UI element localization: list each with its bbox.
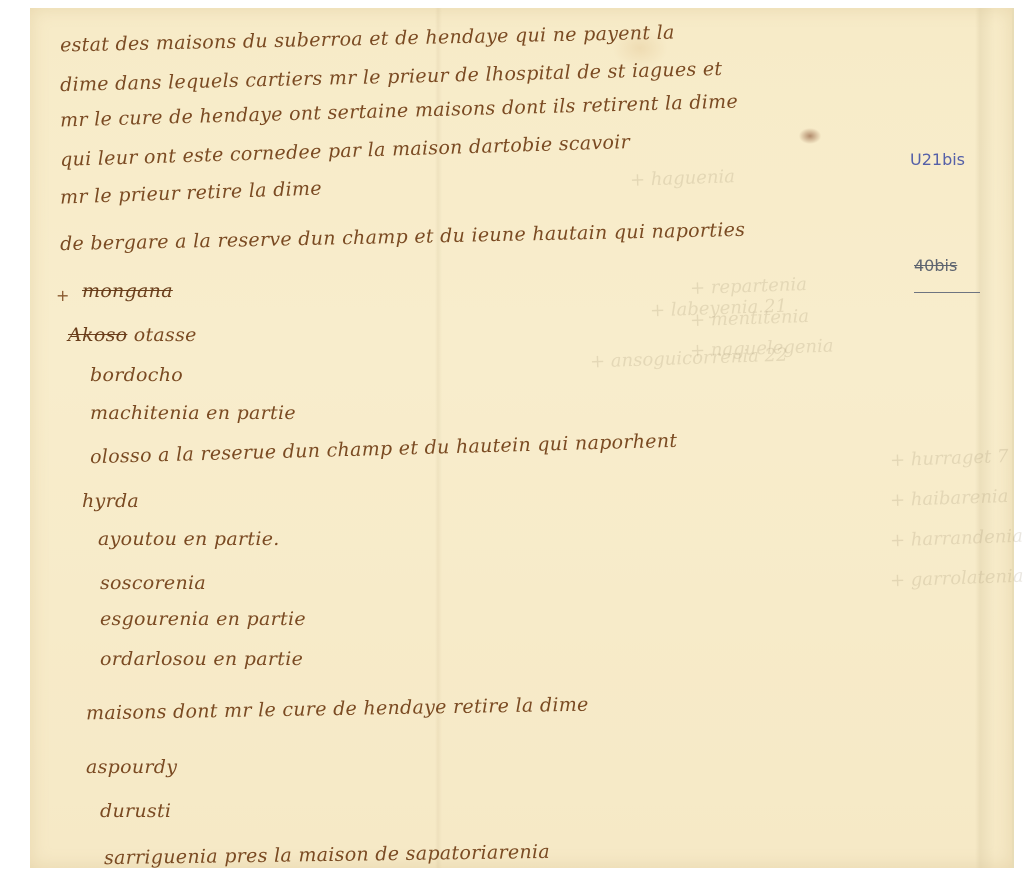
manuscript-line-10: olosso a la reserue dun champ et du haut…: [90, 430, 678, 468]
archive-mark-blue: U21bis: [910, 150, 965, 169]
manuscript-line-16: maisons dont mr le cure de hendaye retir…: [86, 694, 589, 725]
bleed-through-line: + hurraget 7: [890, 446, 1009, 471]
manuscript-line-1: estat des maisons du suberroa et de hend…: [60, 22, 675, 57]
manuscript-line-4: qui leur ont este cornedee par la maison…: [60, 131, 630, 171]
line-word: otasse: [134, 324, 197, 346]
struck-word: Akoso: [68, 324, 127, 346]
bleed-through-line: + haguenia: [630, 166, 736, 191]
manuscript-line-14: esgourenia en partie: [100, 608, 306, 630]
manuscript-line-17: aspourdy: [86, 756, 177, 778]
manuscript-line-3: mr le cure de hendaye ont sertaine maiso…: [60, 91, 738, 132]
archive-mark-underline: [914, 292, 980, 293]
manuscript-line-6: de bergare a la reserve dun champ et du …: [60, 219, 746, 255]
manuscript-line-9: machitenia en partie: [90, 402, 296, 424]
manuscript-line-5: mr le prieur retire la dime: [60, 177, 322, 208]
manuscript-line-18: durusti: [100, 800, 171, 822]
manuscript-line-struck: mongana: [82, 280, 173, 302]
manuscript-line-2: dime dans lequels cartiers mr le prieur …: [60, 58, 723, 96]
margin-cross-mark: +: [56, 286, 69, 305]
manuscript-line-8: bordocho: [90, 364, 183, 386]
manuscript-line-11: hyrda: [82, 490, 139, 512]
bleed-through-line: + repartenia: [690, 274, 808, 299]
manuscript-line-15: ordarlosou en partie: [100, 648, 303, 670]
manuscript-page: + haguenia + repartenia + mentitenia + n…: [30, 8, 1014, 863]
bleed-through-line: + haibarenia: [890, 486, 1009, 511]
bleed-through-line: + ansoguicorrenia 22: [590, 345, 788, 373]
manuscript-line-13: soscorenia: [100, 572, 206, 594]
archive-mark-grey: 40bis: [914, 256, 957, 275]
bleed-through-line: + garrolatenia: [890, 566, 1024, 592]
manuscript-line-otasse: Akoso otasse: [68, 324, 197, 346]
manuscript-line-19: sarriguenia pres la maison de sapatoriar…: [104, 841, 550, 863]
bleed-through-line: + harrandenia: [890, 526, 1024, 552]
manuscript-line-12: ayoutou en partie.: [98, 528, 280, 550]
